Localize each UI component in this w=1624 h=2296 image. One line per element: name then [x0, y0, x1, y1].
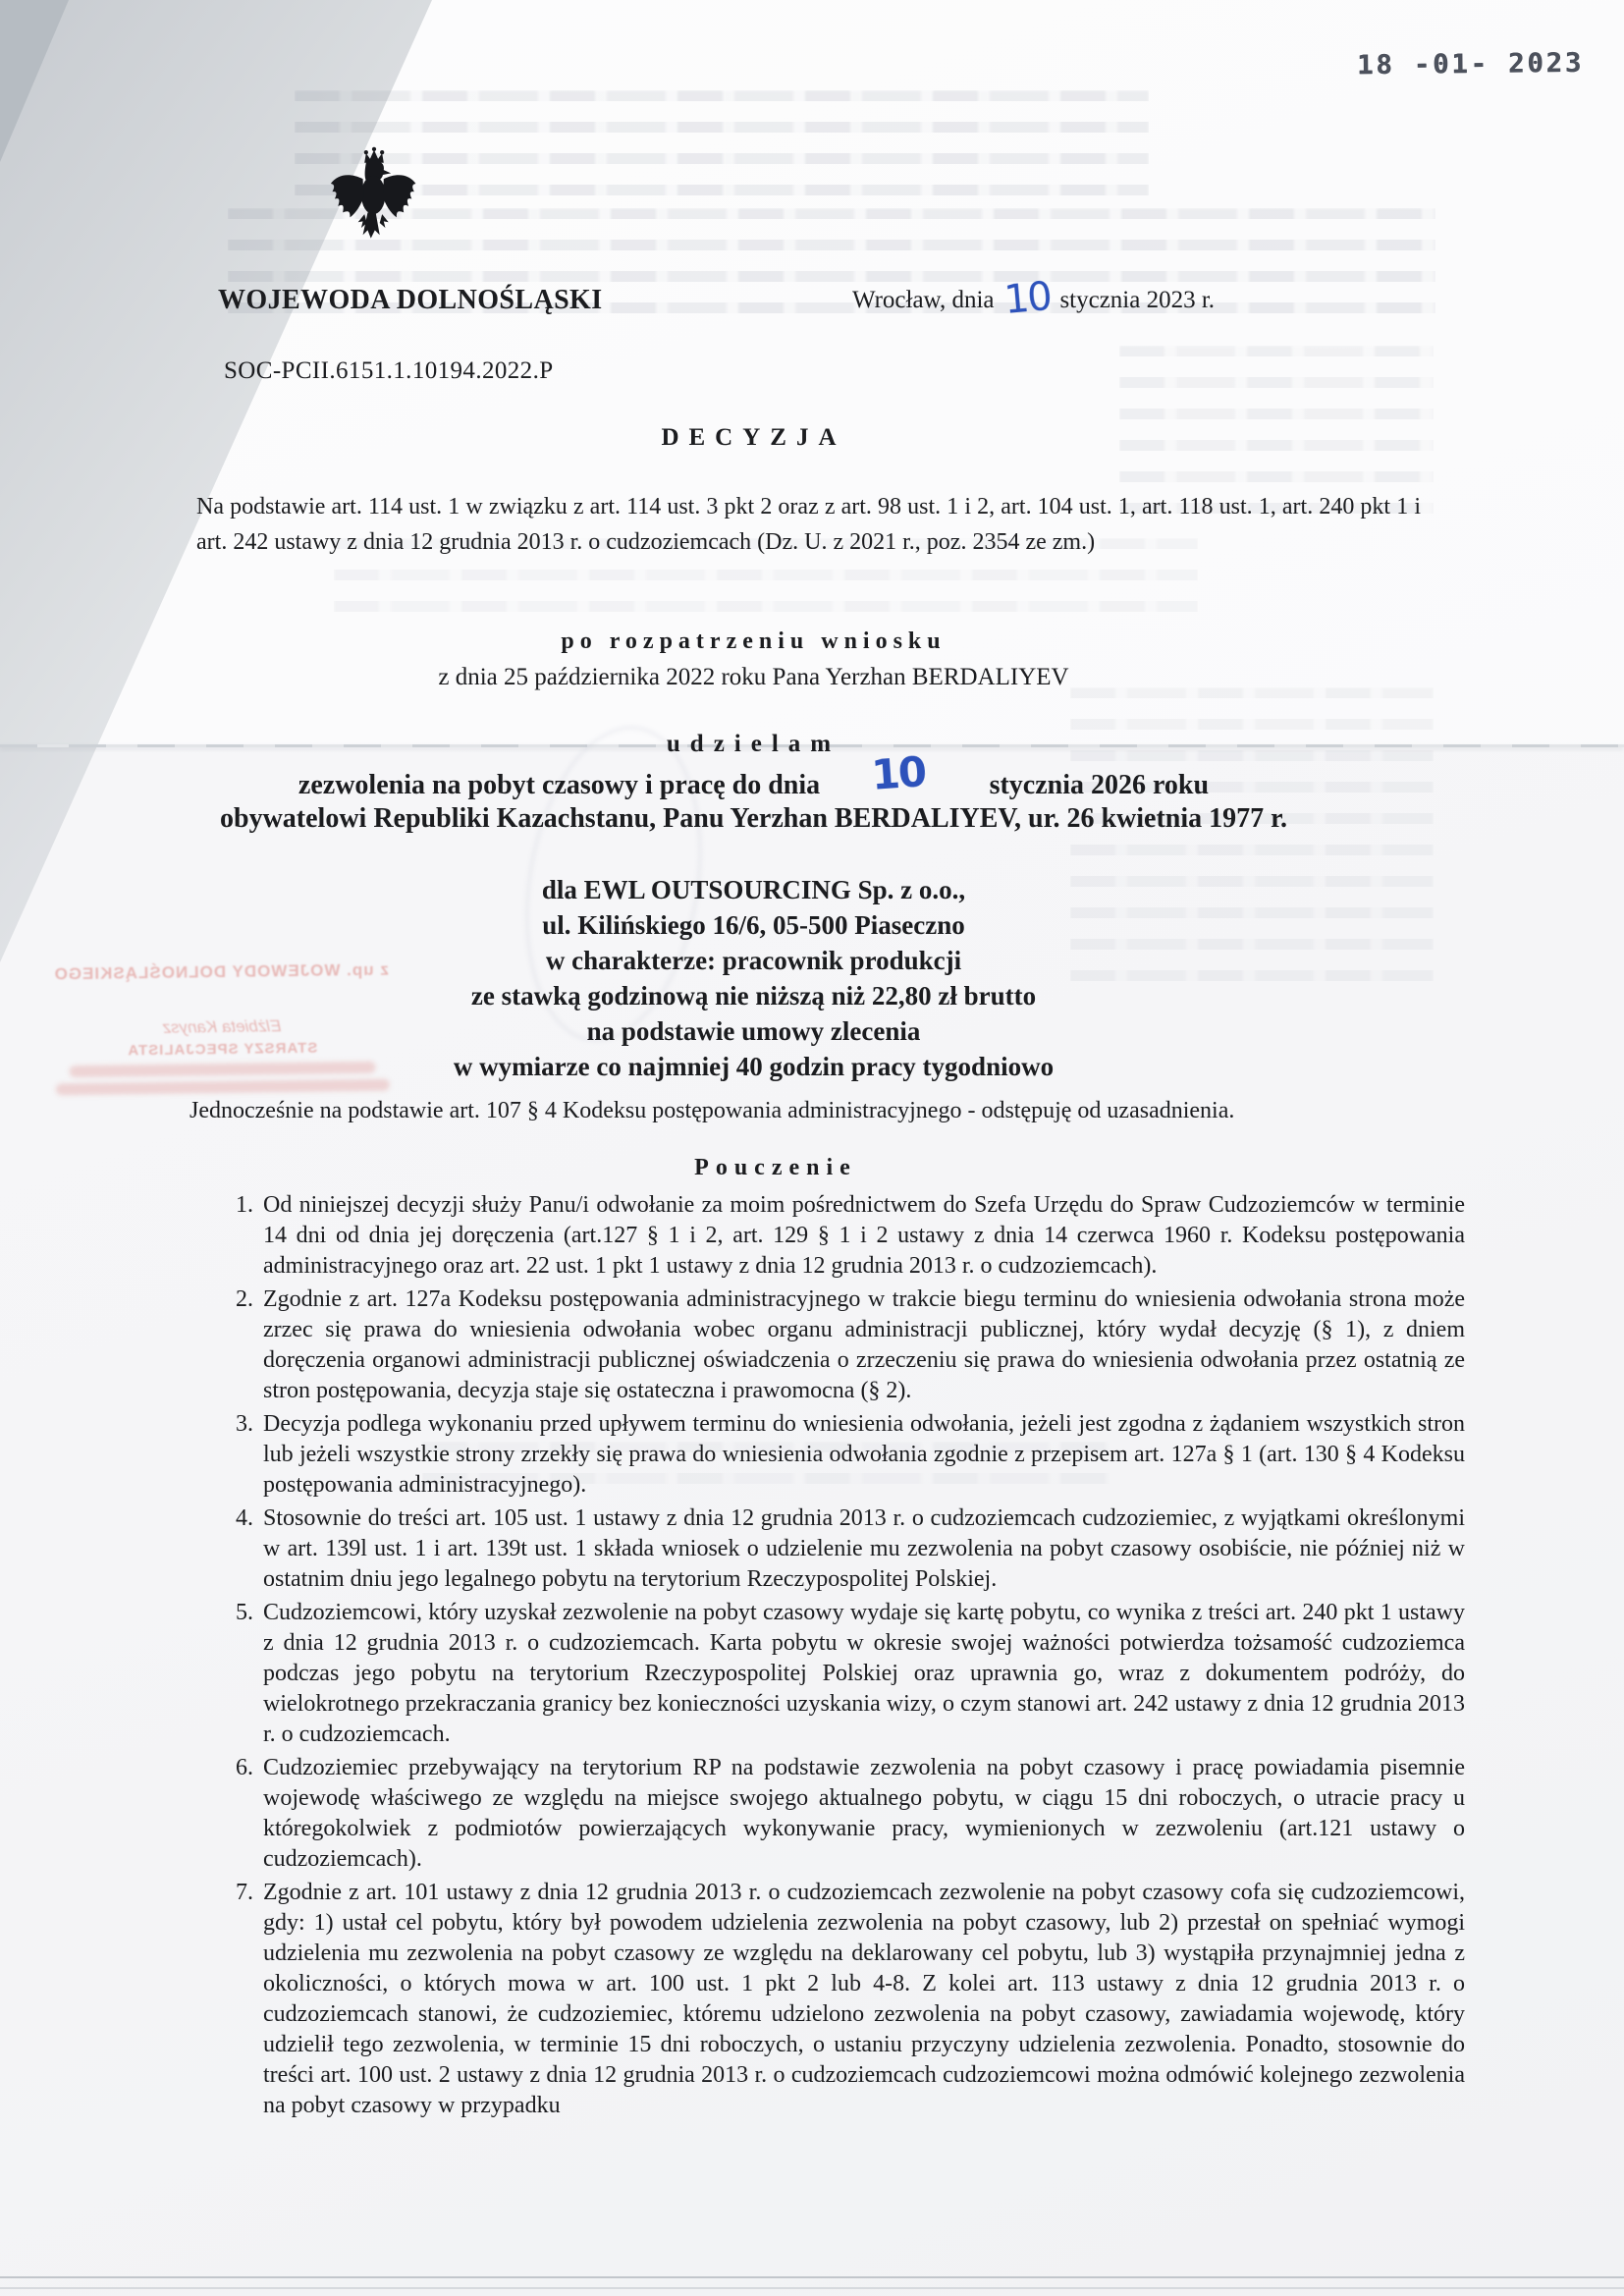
place-date-suffix: stycznia 2023 r. [1059, 287, 1215, 314]
waiver-line: Jednocześnie na podstawie art. 107 § 4 K… [189, 1098, 1421, 1124]
received-date-stamp: 18 -01- 2023 [1357, 48, 1584, 81]
instructions-list: Od niniejszej decyzji służy Panu/i odwoł… [218, 1190, 1465, 2124]
place-date-line: Wrocław, dnia 10 stycznia 2023 r. [852, 287, 1215, 314]
working-hours-line: w wymiarze co najmniej 40 godzin pracy t… [88, 1049, 1419, 1084]
place-date-prefix: Wrocław, dnia [852, 287, 995, 314]
scan-bottom-edge [0, 2287, 1624, 2289]
legal-basis-paragraph: Na podstawie art. 114 ust. 1 w związku z… [196, 489, 1421, 560]
instruction-item: Stosownie do treści art. 105 ust. 1 usta… [259, 1503, 1465, 1595]
instruction-item: Cudzoziemiec przebywający na terytorium … [259, 1753, 1465, 1875]
job-title-line: w charakterze: pracownik produkcji [88, 943, 1419, 978]
instruction-item: Zgodnie z art. 127a Kodeksu postępowania… [259, 1285, 1465, 1406]
bleedthrough-text-ghost [295, 90, 1149, 206]
scan-bottom-edge [0, 2276, 1624, 2278]
scanned-decision-page: z up. WOJEWODY DOLNOŚLĄSKIEGO Elżbieta K… [0, 0, 1624, 2296]
grant-beneficiary-line: obywatelowi Republiki Kazachstanu, Panu … [88, 803, 1419, 835]
employer-address-line: ul. Kilińskiego 16/6, 05-500 Piaseczno [88, 907, 1419, 943]
instruction-item: Decyzja podlega wykonaniu przed upływem … [259, 1409, 1465, 1501]
contract-type-line: na podstawie umowy zlecenia [88, 1013, 1419, 1049]
polish-eagle-icon [326, 143, 422, 259]
handwritten-day: 10 [1002, 283, 1051, 314]
employer-line: dla EWL OUTSOURCING Sp. z o.o., [88, 872, 1419, 907]
case-number: SOC-PCII.6151.1.10194.2022.P [224, 357, 554, 385]
after-review-applicant-line: z dnia 25 października 2022 roku Pana Ye… [88, 664, 1419, 691]
decision-title: DECYZJA [88, 424, 1419, 452]
grant-period-line: zezwolenia na pobyt czasowy i pracę do d… [88, 766, 1419, 801]
instruction-item: Cudzoziemcowi, który uzyskał zezwolenie … [259, 1598, 1465, 1750]
grant-word: udzielam [88, 731, 1419, 758]
instructions-heading: Pouczenie [118, 1155, 1434, 1181]
after-review-line: po rozpatrzeniu wniosku [88, 629, 1419, 655]
instruction-item: Od niniejszej decyzji służy Panu/i odwoł… [259, 1190, 1465, 1282]
instruction-item: Zgodnie z art. 101 ustawy z dnia 12 grud… [259, 1878, 1465, 2121]
handwritten-day: 10 [871, 758, 926, 790]
authority-name: WOJEWODA DOLNOŚLĄSKI [218, 285, 603, 316]
grant-prefix: zezwolenia na pobyt czasowy i pracę do d… [298, 770, 820, 800]
employer-terms-block: dla EWL OUTSOURCING Sp. z o.o., ul. Kili… [88, 872, 1419, 1084]
wage-line: ze stawką godzinową nie niższą niż 22,80… [88, 978, 1419, 1013]
grant-suffix: stycznia 2026 roku [990, 770, 1210, 800]
